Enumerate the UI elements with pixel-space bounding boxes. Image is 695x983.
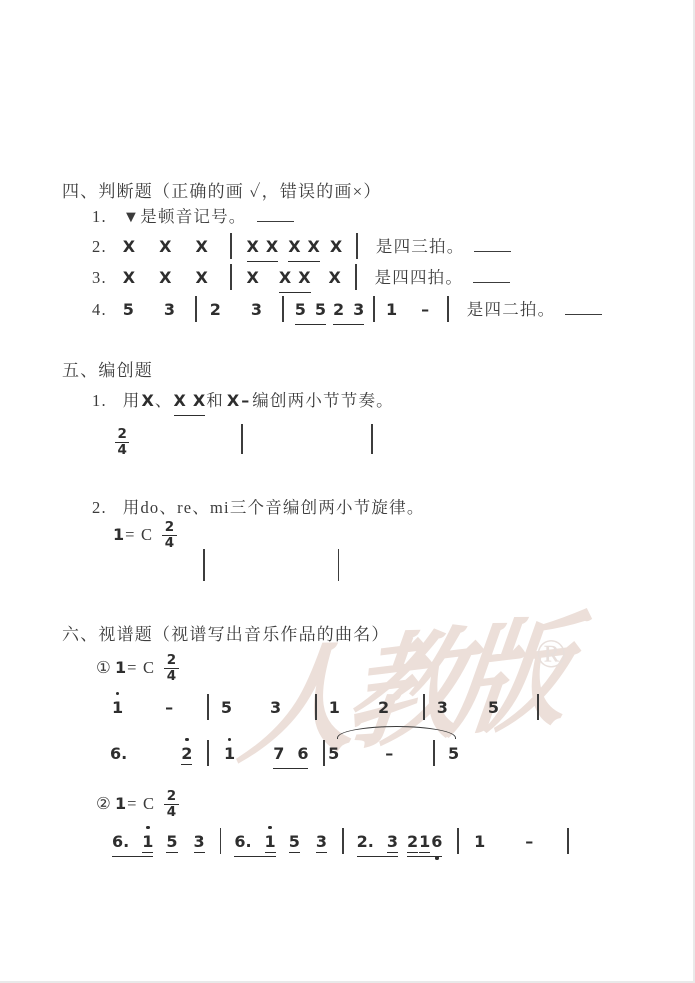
time-sig-denominator: 4 xyxy=(164,669,178,684)
beam-group: XX xyxy=(288,237,320,262)
note: 3 xyxy=(270,698,281,718)
note: X xyxy=(141,391,153,411)
beam-group: 2.3 xyxy=(357,832,398,857)
note: 1 xyxy=(329,698,340,718)
bar-line xyxy=(355,264,357,290)
note: X xyxy=(330,237,342,257)
time-sig-denominator: 4 xyxy=(162,536,176,551)
note: X xyxy=(174,391,186,411)
octave-dot-above-icon xyxy=(116,692,120,696)
note: – xyxy=(241,391,249,411)
time-sig-numerator: 2 xyxy=(115,427,129,443)
question-number: 2. xyxy=(92,234,107,260)
note: X xyxy=(247,268,259,288)
section5-title: 五、编创题 xyxy=(62,358,153,384)
question-text-with-notation: 用X、XX和X–编创两小节节奏。 xyxy=(123,393,394,410)
note: 3 xyxy=(316,832,327,853)
note: 6 xyxy=(297,744,308,764)
section4-title: 四、判断题（正确的画 ✓，错误的画×） xyxy=(62,179,382,205)
bar-line xyxy=(207,740,209,766)
rhythm-notation: XXXXXXXX xyxy=(123,239,372,256)
note: 6. xyxy=(112,832,129,852)
answer-blank xyxy=(473,278,510,283)
beam-group: 23 xyxy=(333,300,364,325)
piece1-melody-line-2: 6.21765–5 xyxy=(110,740,459,769)
time-signature: 24 xyxy=(115,427,129,457)
bar-line xyxy=(342,828,344,854)
question-number: 1. xyxy=(92,388,107,414)
note: 6 xyxy=(431,832,442,852)
section4-question-1: 1. ▼是顿音记号。 xyxy=(92,204,294,231)
note: 2. xyxy=(357,832,374,852)
octave-dot-above-icon xyxy=(268,826,272,830)
section6-piece2-key-signature: ②1= C24 xyxy=(96,789,179,819)
octave-dot-above-icon xyxy=(146,826,150,830)
text-run: 、 xyxy=(155,391,173,410)
note: 5 xyxy=(123,300,134,320)
note: X xyxy=(193,391,205,411)
octave-dot-above-icon xyxy=(185,738,189,742)
beam-group: 55 xyxy=(295,300,326,325)
bar-line xyxy=(371,424,373,454)
bar-line xyxy=(230,233,232,259)
time-sig-denominator: 4 xyxy=(115,443,129,458)
note: 3 xyxy=(164,300,175,320)
worksheet-page: 人教版 ® 四、判断题（正确的画 ✓，错误的画×） 1. ▼是顿音记号。 2. … xyxy=(0,0,695,983)
note: 1 xyxy=(115,794,126,814)
bar-line xyxy=(230,264,232,290)
note: X xyxy=(288,237,300,257)
answer-blank xyxy=(257,217,294,222)
section5-empty-staff: 24 xyxy=(115,424,373,458)
time-sig-numerator: 2 xyxy=(164,653,178,669)
note: 5 xyxy=(488,698,499,718)
note: 5 xyxy=(328,744,339,764)
note: – xyxy=(165,698,173,718)
section5-empty-measures xyxy=(203,549,339,583)
text-run: = C xyxy=(127,658,155,677)
bar-line xyxy=(423,694,425,720)
note: X xyxy=(266,237,278,257)
bar-line xyxy=(537,694,539,720)
bar-line xyxy=(195,296,197,322)
section4-question-2: 2. XXXXXXXX 是四三拍。 xyxy=(92,233,511,262)
note: X xyxy=(123,237,135,257)
answer-blank xyxy=(474,247,511,252)
note: 5 xyxy=(289,832,300,853)
bar-line xyxy=(203,549,205,581)
section4-question-3: 3. XXXXXXX 是四四拍。 xyxy=(92,264,510,293)
section6-piece1-key-signature: ①1= C24 xyxy=(96,653,179,683)
time-sig-numerator: 2 xyxy=(164,789,178,805)
bar-line xyxy=(323,740,325,766)
tie-group: 5–5 xyxy=(328,740,459,768)
rhythm-notation: XXXXXXX xyxy=(123,270,371,287)
bar-line xyxy=(220,828,222,854)
time-sig-denominator: 4 xyxy=(164,805,178,820)
text-run: = C xyxy=(125,525,153,544)
note: 1 xyxy=(265,832,276,853)
bar-line xyxy=(207,694,209,720)
beam-group: 6.1 xyxy=(112,832,153,857)
bar-line xyxy=(315,694,317,720)
note: 5 xyxy=(295,300,306,320)
section5-key-signature: 1= C24 xyxy=(113,520,177,550)
note: X xyxy=(159,268,171,288)
note: 3 xyxy=(437,698,448,718)
question-text: ▼是顿音记号。 xyxy=(123,207,247,226)
answer-blank xyxy=(565,310,602,315)
note: 1 xyxy=(386,300,397,320)
bar-line xyxy=(433,740,435,766)
note: 2 xyxy=(210,300,221,320)
note: 1 xyxy=(419,832,430,853)
note: 5 xyxy=(315,300,326,320)
note: X xyxy=(308,237,320,257)
note: 2 xyxy=(407,832,418,853)
beam-group: 76 xyxy=(273,744,308,769)
note: X xyxy=(159,237,171,257)
piece1-melody-line-1: 1–531235 xyxy=(112,694,539,722)
beam-group: XX xyxy=(174,391,206,416)
question-number: 3. xyxy=(92,265,107,291)
section5-question-1: 1. 用X、XX和X–编创两小节节奏。 xyxy=(92,388,394,416)
time-signature: 24 xyxy=(162,520,176,550)
note: X xyxy=(195,268,207,288)
note: 1 xyxy=(113,525,124,545)
beam-group: 216 xyxy=(407,832,442,857)
note: X xyxy=(279,268,291,288)
registered-trademark-icon: ® xyxy=(536,630,566,677)
note: – xyxy=(385,744,393,764)
note: 1 xyxy=(112,698,123,718)
note: 3 xyxy=(387,832,398,853)
bar-line xyxy=(241,424,243,454)
beam-group: 6.1 xyxy=(234,832,275,857)
question-number: 1. xyxy=(92,204,107,230)
note: 1 xyxy=(224,744,235,764)
bar-line xyxy=(373,296,375,322)
time-signature: 24 xyxy=(164,653,178,683)
text-run: 编创两小节节奏。 xyxy=(252,391,394,410)
note: 1 xyxy=(142,832,153,853)
question-suffix: 是四三拍。 xyxy=(376,237,465,256)
note: – xyxy=(421,300,429,320)
text-run: = C xyxy=(127,794,155,813)
bar-line xyxy=(457,828,459,854)
octave-dot-above-icon xyxy=(228,738,232,742)
note: 6. xyxy=(234,832,251,852)
note: X xyxy=(195,237,207,257)
bar-line xyxy=(447,296,449,322)
note: 5 xyxy=(221,698,232,718)
note: 1 xyxy=(115,658,126,678)
text-run: 和 xyxy=(206,391,224,410)
question-number: 2. xyxy=(92,495,107,521)
text-run: ① xyxy=(96,658,112,677)
note: 5 xyxy=(166,832,177,853)
note: X xyxy=(227,391,239,411)
note: 7 xyxy=(273,744,284,764)
time-signature: 24 xyxy=(164,789,178,819)
note: X xyxy=(123,268,135,288)
piece2-melody-line: 6.1536.1532.32161– xyxy=(112,828,569,857)
beam-group: XX xyxy=(279,268,311,293)
note: 2 xyxy=(333,300,344,320)
bar-line xyxy=(338,549,340,581)
note: 2 xyxy=(181,744,192,765)
melody-notation: 532355231– xyxy=(123,302,463,319)
bar-line xyxy=(567,828,569,854)
note: 3 xyxy=(251,300,262,320)
note: 2 xyxy=(378,698,389,718)
beam-group: XX xyxy=(247,237,279,262)
section6-title: 六、视谱题（视谱写出音乐作品的曲名） xyxy=(62,622,390,648)
bar-line xyxy=(356,233,358,259)
note: 3 xyxy=(194,832,205,853)
note: X xyxy=(247,237,259,257)
text-run: ② xyxy=(96,794,112,813)
time-sig-numerator: 2 xyxy=(162,520,176,536)
octave-dot-below-icon xyxy=(435,856,439,860)
note: X xyxy=(329,268,341,288)
note: 1 xyxy=(474,832,485,852)
note: – xyxy=(525,832,533,852)
note: 6. xyxy=(110,744,127,764)
question-number: 4. xyxy=(92,297,107,323)
question-text: 用do、re、mi三个音编创两小节旋律。 xyxy=(123,498,425,517)
text-run: 用 xyxy=(123,391,141,410)
section5-question-2: 2. 用do、re、mi三个音编创两小节旋律。 xyxy=(92,495,425,522)
question-suffix: 是四二拍。 xyxy=(467,300,556,319)
question-suffix: 是四四拍。 xyxy=(375,268,464,287)
bar-line xyxy=(282,296,284,322)
note: 3 xyxy=(353,300,364,320)
note: 5 xyxy=(448,744,459,764)
section4-question-4: 4. 532355231– 是四二拍。 xyxy=(92,296,602,325)
note: X xyxy=(298,268,310,288)
